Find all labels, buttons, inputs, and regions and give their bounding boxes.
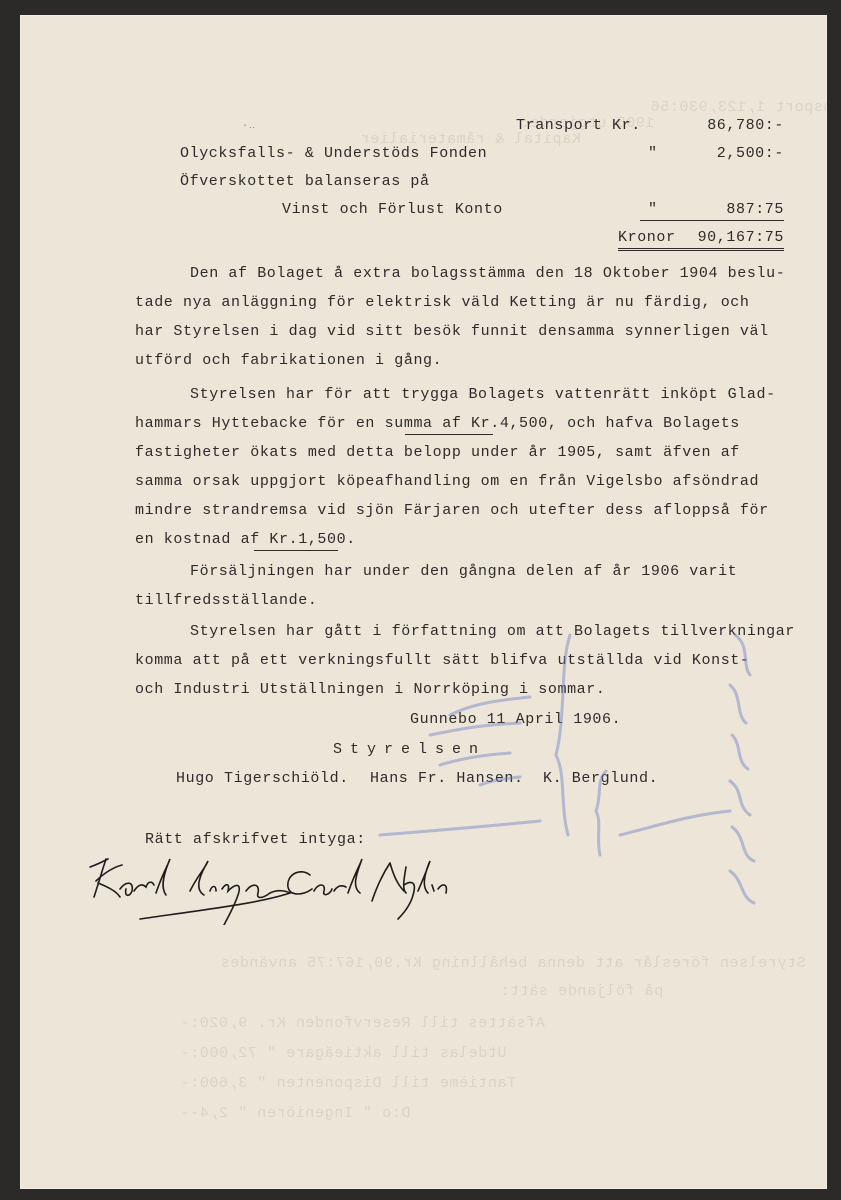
- paragraph-line: har Styrelsen i dag vid sitt besök funni…: [135, 323, 769, 341]
- bleed-through-text: på följande sätt:: [500, 983, 663, 1001]
- paragraph-line: Försäljningen har under den gångna delen…: [190, 563, 737, 581]
- document-page: Transport 1,123,930:56 1905 utgjorde: Ka…: [20, 15, 827, 1189]
- ledger-row-label: Vinst och Förlust Konto: [282, 201, 503, 219]
- blue-pencil-annotations: [370, 605, 810, 925]
- signatory-name: Hugo Tigerschiöld.: [176, 770, 349, 788]
- stray-mark: ·‥: [242, 118, 256, 136]
- total-label: Kronor: [618, 229, 676, 246]
- ledger-row-amount: 887:75: [726, 201, 784, 219]
- bleed-through-text: Utdelas till aktieägare " 72,000:-: [180, 1045, 506, 1063]
- ledger-subtotal-line: " 887:75: [640, 201, 784, 221]
- bleed-through-text: Styrelsen föreslår att denna behållning …: [220, 955, 806, 973]
- ledger-total: Kronor 90,167:75: [618, 229, 784, 251]
- bleed-through-text: Tantième till Disponenten " 3,600:-: [180, 1075, 516, 1093]
- ledger-row-amount: 2,500:-: [680, 145, 784, 163]
- bleed-through-text: Transport 1,123,930:56: [650, 99, 841, 117]
- ditto-mark: ": [648, 145, 658, 163]
- amount-underline: [405, 433, 493, 435]
- paragraph-line: Styrelsen har för att trygga Bolagets va…: [190, 386, 776, 404]
- paragraph-line: samma orsak uppgjort köpeafhandling om e…: [135, 473, 759, 491]
- amount-underline: [254, 549, 338, 551]
- paragraph-line: en kostnad af Kr.1,500.: [135, 531, 356, 549]
- total-amount: 90,167:75: [698, 229, 784, 247]
- transport-amount: 86,780:-: [680, 117, 784, 135]
- paragraph-line: utförd och fabrikationen i gång.: [135, 352, 442, 370]
- paragraph-line: fastigheter ökats med detta belopp under…: [135, 444, 740, 462]
- paragraph-line: tillfredsställande.: [135, 592, 317, 610]
- paragraph-line: mindre strandremsa vid sjön Färjaren och…: [135, 502, 769, 520]
- ditto-mark: ": [648, 201, 658, 219]
- paragraph-line: hammars Hyttebacke för en summa af Kr.4,…: [135, 415, 740, 433]
- ledger-row-label: Öfverskottet balanseras på: [180, 173, 430, 191]
- ledger-row-label: Olycksfalls- & Understöds Fonden: [180, 145, 487, 163]
- paragraph-line: Den af Bolaget å extra bolagsstämma den …: [190, 265, 785, 283]
- paragraph-line: tade nya anläggning för elektrisk väld K…: [135, 294, 750, 312]
- bleed-through-text: Afsättes till Reservfonden Kr. 9,020:-: [180, 1015, 545, 1033]
- bleed-through-text: D:o " Ingeniören " 2,4--: [180, 1105, 410, 1123]
- transport-label: Transport Kr.: [516, 117, 641, 135]
